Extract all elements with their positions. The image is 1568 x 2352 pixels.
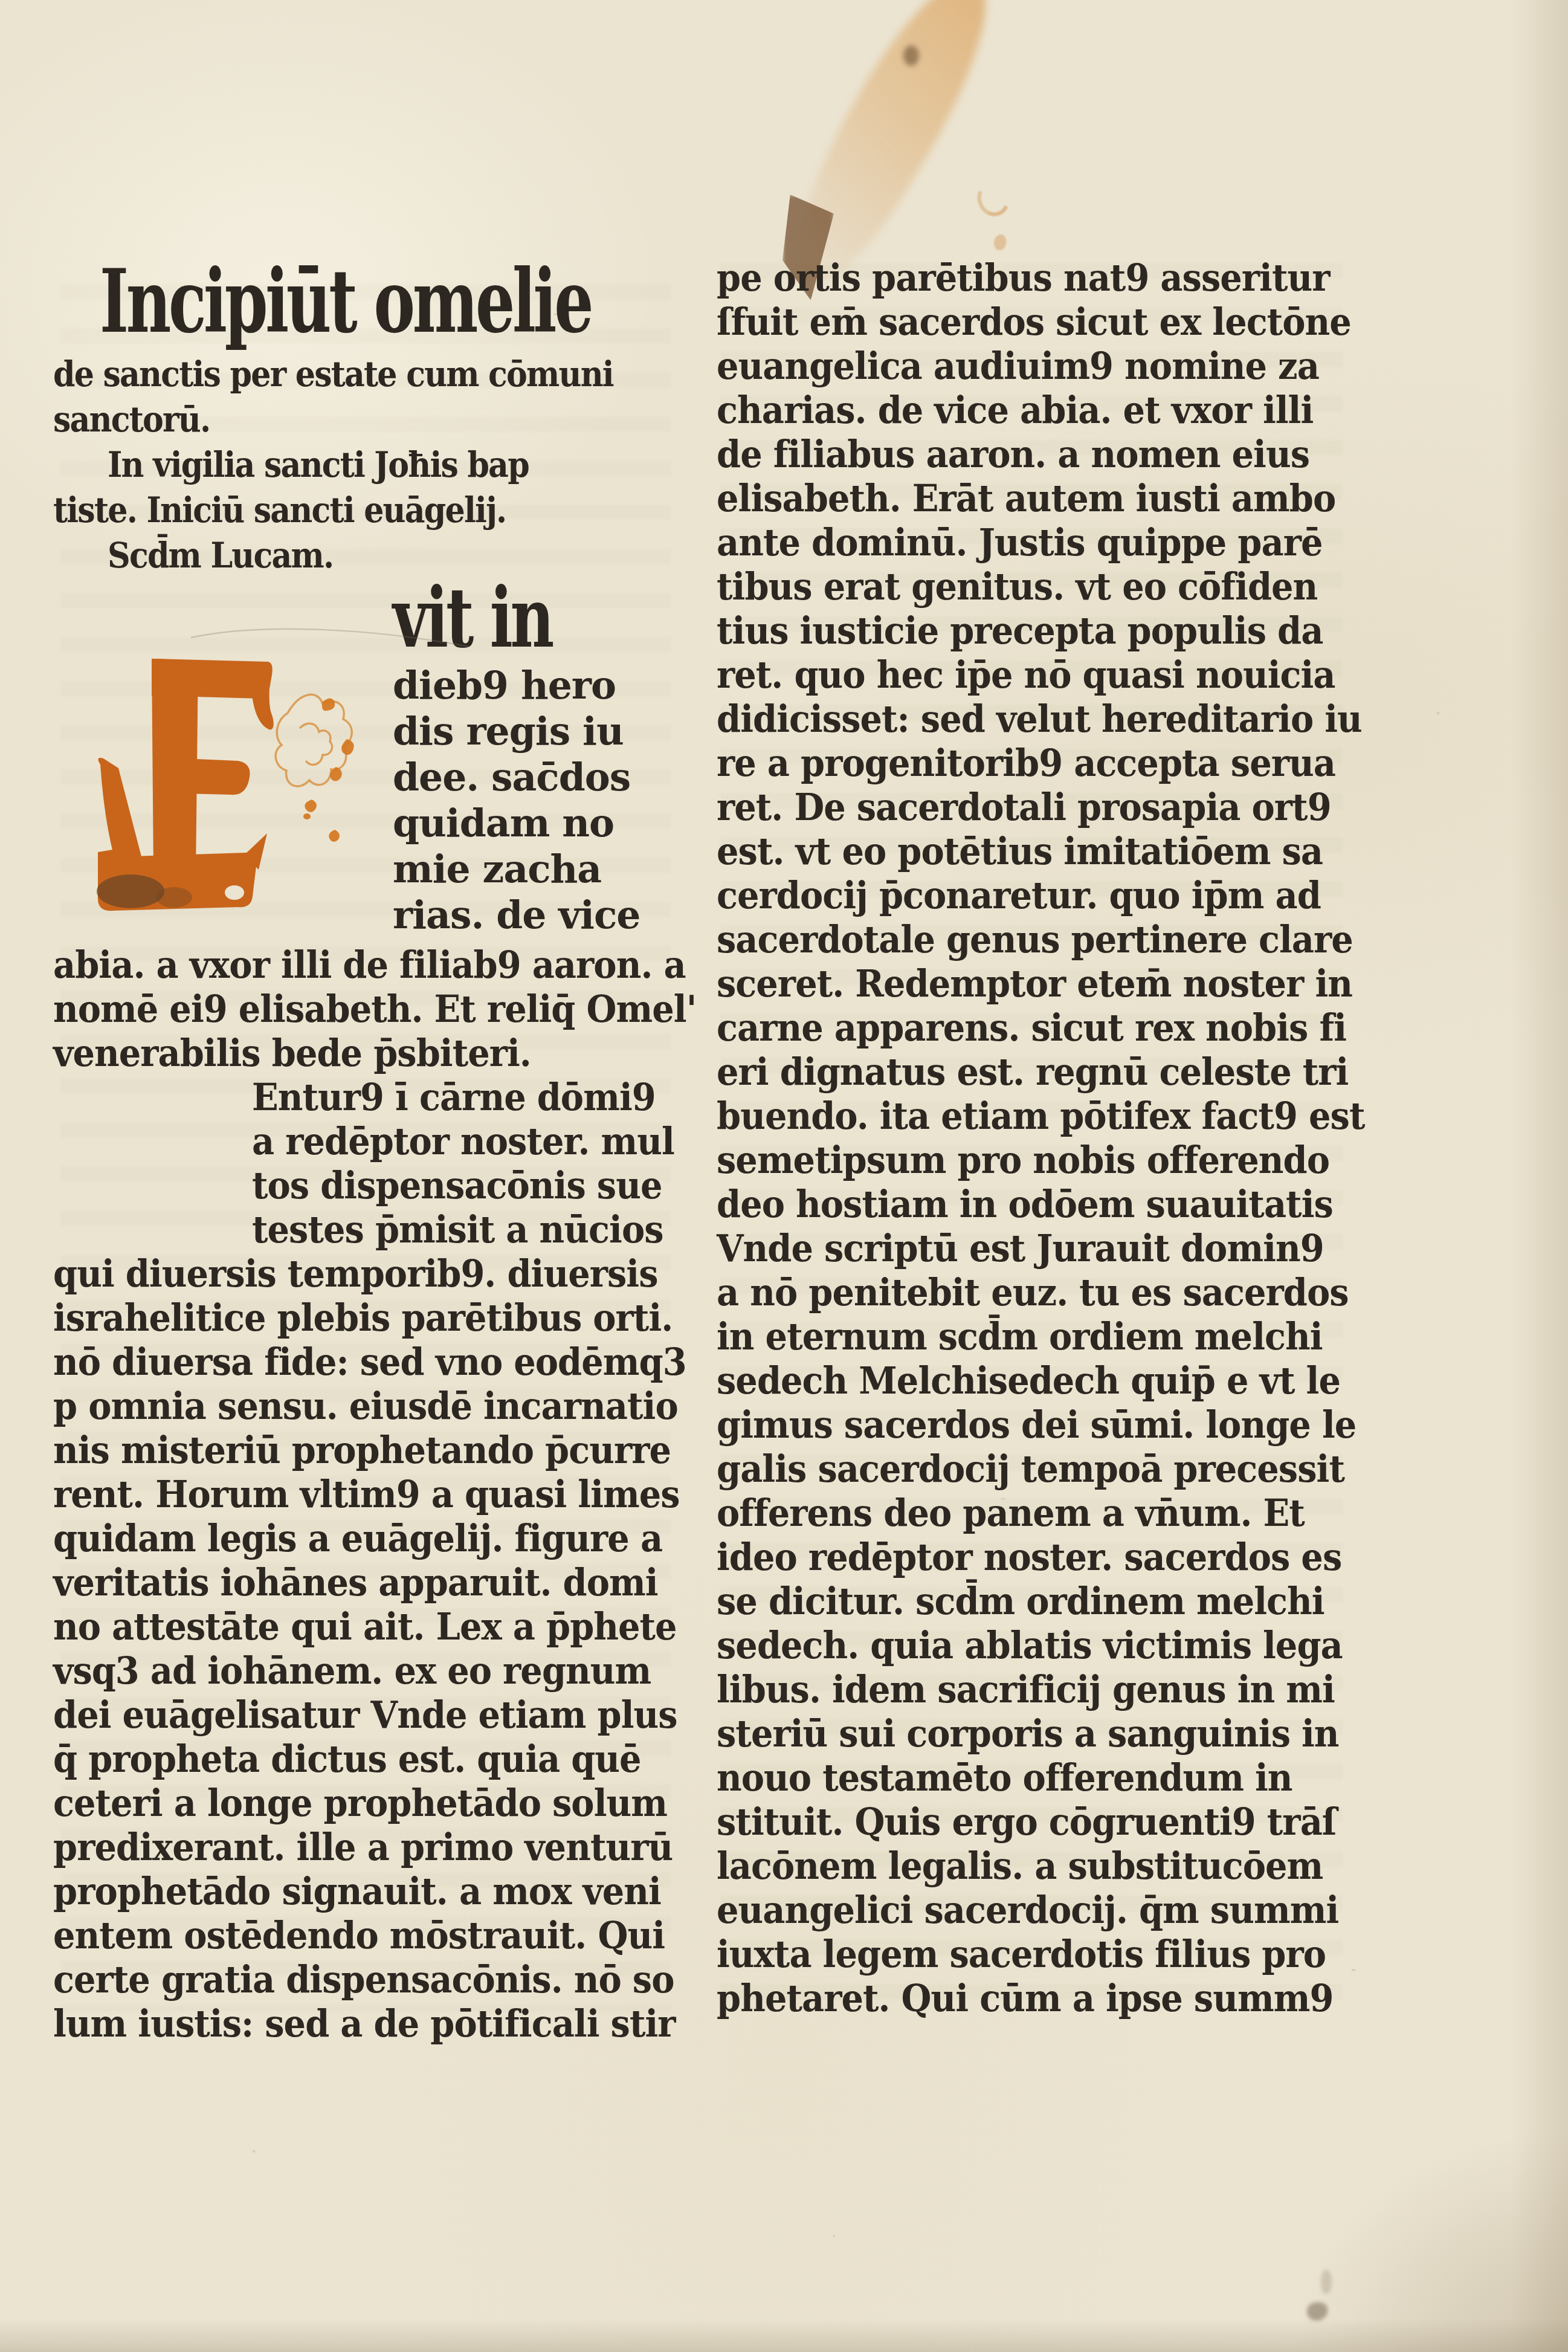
text-line: carne apparens. sicut rex nobis fi <box>717 1006 1364 1050</box>
text-line: sedech. quia ablatis victimis lega <box>717 1624 1364 1668</box>
text-line: ceteri a longe prophetādo solum <box>53 1782 696 1826</box>
pigment-stain-spot <box>903 45 919 66</box>
text-line: tibus erat genitus. vt eo cōfiden <box>717 565 1364 609</box>
text-line: phetaret. Qui cūm a ipse summ9 <box>717 1977 1364 2021</box>
text-line: vsq3 ad iohānem. ex eo regnum <box>53 1649 696 1693</box>
text-line: qui diuersis temporib9. diuersis <box>53 1252 696 1296</box>
text-line: p omnia sensu. eiusdē incarnatio <box>53 1384 696 1429</box>
text-line: nis misteriū prophetando p̄curre <box>53 1429 696 1473</box>
left-text-column: abia. a vxor illi de filiab9 aaron. anom… <box>53 943 696 2046</box>
text-line: predixerant. ille a primo venturū <box>53 1826 696 1870</box>
text-line: de filiabus aaron. a nomen eius <box>717 433 1364 477</box>
page-corner-shadow <box>1254 2098 1568 2352</box>
text-line: entem ostēdendo mōstrauit. Qui <box>53 1914 696 1958</box>
text-line: iuxta legem sacerdotis filius pro <box>717 1933 1364 1977</box>
text-line: testes p̄misit a nūcios <box>53 1208 696 1252</box>
text-line: in eternum scd̄m ordiem melchi <box>717 1315 1364 1359</box>
text-line: nomē ei9 elisabeth. Et reliq̄ Omel' <box>53 987 696 1032</box>
right-text-column: pe ortis parētibus nat9 asseriturſfuit e… <box>717 256 1364 2021</box>
text-line: ret. De sacerdotali prosapia ort9 <box>717 786 1364 830</box>
text-line: sacerdotale genus pertinere clare <box>717 918 1364 962</box>
text-line: sceret. Redemptor etem̄ noster in <box>717 962 1364 1006</box>
text-line: offerens deo panem a vn̄um. Et <box>717 1491 1364 1536</box>
text-line: euangelici sacerdocij. q̄m summi <box>717 1888 1364 1933</box>
page-edge-shadow-right <box>1511 0 1568 2352</box>
text-line: euangelica audiuim9 nomine za <box>717 344 1364 389</box>
ink-smudge-faint <box>1321 2270 1332 2294</box>
rubric-lines: de sanctis per estate cum cōmunisanctorū… <box>53 352 613 578</box>
text-line: a nō penitebit euz. tu es sacerdos <box>717 1271 1364 1315</box>
text-line: ret. quo hec ip̄e nō quasi nouicia <box>717 653 1364 697</box>
text-line: galis sacerdocij tempoā precessit <box>717 1447 1364 1491</box>
text-line: certe gratia dispensacōnis. nō so <box>53 1958 696 2002</box>
text-line: charias. de vice abia. et vxor illi <box>717 389 1364 433</box>
pen-mark-small-blob <box>994 234 1006 250</box>
text-line: steriū sui corporis a sanguinis in <box>717 1712 1364 1756</box>
pen-mark-small-arc <box>973 177 1015 221</box>
text-line: eri dignatus est. regnū celeste tri <box>717 1050 1364 1094</box>
text-line: didicisset: sed velut hereditario iu <box>717 697 1364 741</box>
text-line: buendo. ita etiam pōtifex fact9 est <box>717 1094 1364 1139</box>
text-line: libus. idem sacrificij genus in mi <box>717 1668 1364 1712</box>
text-line: cerdocij p̄conaretur. quo ip̄m ad <box>717 874 1364 918</box>
text-line: no attestāte qui ait. Lex a p̄phete <box>53 1605 696 1649</box>
rubricated-initial-letter-art <box>94 619 481 913</box>
rubricated-initial <box>94 619 481 913</box>
text-line: tius iusticie precepta populis da <box>717 609 1364 653</box>
text-line: tos dispensacōnis sue <box>53 1164 696 1208</box>
text-line: sedech Melchisedech quip̄ e vt le <box>717 1359 1364 1403</box>
text-line: ante dominū. Justis quippe parē <box>717 521 1364 565</box>
text-line: In vigilia sancti Joħis bap <box>53 442 613 488</box>
text-line: deo hostiam in odōem suauitatis <box>717 1183 1364 1227</box>
text-line: q̄ propheta dictus est. quia quē <box>53 1737 696 1782</box>
scanned-book-page: Incipiūt omelie de sanctis per estate cu… <box>0 0 1568 2352</box>
text-line: lacōnem legalis. a substitucōem <box>717 1844 1364 1888</box>
text-line: Entur9 ī cārne dōmi9 <box>53 1076 696 1120</box>
text-line: gimus sacerdos dei sūmi. longe le <box>717 1403 1364 1447</box>
text-line: abia. a vxor illi de filiab9 aaron. a <box>53 943 696 987</box>
text-line: lum iustis: sed a de pōtificali stir <box>53 2002 696 2046</box>
text-line: de sanctis per estate cum cōmuni <box>53 352 613 397</box>
text-line: ideo redēptor noster. sacerdos es <box>717 1536 1364 1580</box>
text-line: Vnde scriptū est Jurauit domin9 <box>717 1227 1364 1271</box>
text-line: pe ortis parētibus nat9 asseritur <box>717 256 1364 300</box>
text-line: sanctorū. <box>53 397 613 442</box>
incipit-heading: Incipiūt omelie <box>100 250 591 353</box>
text-line: veritatis iohānes apparuit. domi <box>53 1561 696 1605</box>
text-line: venerabilis bede p̄sbiteri. <box>53 1032 696 1076</box>
text-line: nō diuersa fide: sed vno eodēmq3 <box>53 1340 696 1384</box>
text-line: prophetādo signauit. a mox veni <box>53 1870 696 1914</box>
text-line: a redēptor noster. mul <box>53 1120 696 1164</box>
text-line: rent. Horum vltim9 a quasi limes <box>53 1473 696 1517</box>
text-line: re a progenitorib9 accepta serua <box>717 741 1364 786</box>
text-line: elisabeth. Erāt autem iusti ambo <box>717 477 1364 521</box>
text-line: stituit. Quis ergo cōgruenti9 trāſ <box>717 1800 1364 1844</box>
text-line: se dicitur. scd̄m ordinem melchi <box>717 1580 1364 1624</box>
text-line: nouo testamēto offerendum in <box>717 1756 1364 1800</box>
text-line: israhelitice plebis parētibus orti. <box>53 1296 696 1340</box>
text-line: dei euāgelisatur Vnde etiam plus <box>53 1693 696 1737</box>
text-line: quidam legis a euāgelij. figure a <box>53 1517 696 1561</box>
text-line: tiste. Iniciū sancti euāgelij. <box>53 488 613 533</box>
text-line: semetipsum pro nobis offerendo <box>717 1139 1364 1183</box>
text-line: est. vt eo potētius imitatiōem sa <box>717 830 1364 874</box>
text-line: ſfuit em̄ sacerdos sicut ex lectōne <box>717 300 1364 344</box>
